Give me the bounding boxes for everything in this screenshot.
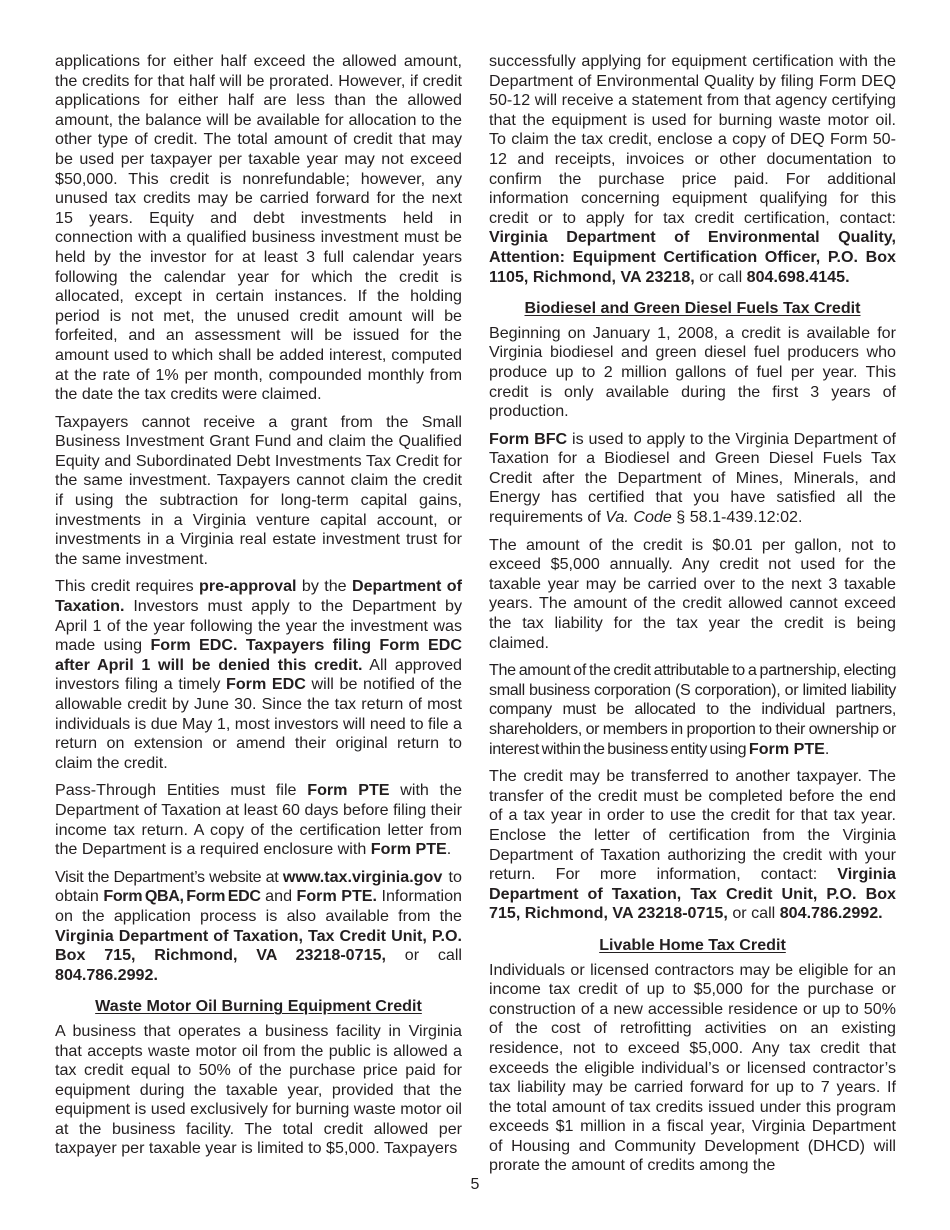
paragraph-credit-transfer: The credit may be transferred to another… <box>489 767 896 924</box>
paragraph-form-bfc: Form BFC is used to apply to the Virgini… <box>489 430 896 528</box>
page-number: 5 <box>0 1176 950 1194</box>
emphasis-form-edc: Form EDC <box>226 675 306 693</box>
emphasis-form-pte: Form PTE <box>749 740 825 758</box>
paragraph-deq-certification: successfully applying for equipment cert… <box>489 52 896 287</box>
paragraph-pass-through-entities: Pass-Through Entities must file Form PTE… <box>55 781 462 859</box>
paragraph-credit-amount: The amount of the credit is $0.01 per ga… <box>489 536 896 654</box>
right-column: successfully applying for equipment cert… <box>489 52 896 1184</box>
paragraph-biodiesel-intro: Beginning on January 1, 2008, a credit i… <box>489 324 896 422</box>
paragraph-waste-motor-oil: A business that operates a business faci… <box>55 1022 462 1159</box>
emphasis-pre-approval: pre-approval <box>199 577 296 595</box>
paragraph-partnership-allocation: The amount of the credit attributable to… <box>489 661 896 759</box>
paragraph-grant-fund-restriction: Taxpayers cannot receive a grant from th… <box>55 413 462 570</box>
paragraph-livable-home: Individuals or licensed contractors may … <box>489 961 896 1177</box>
paragraph-pre-approval: This credit requires pre-approval by the… <box>55 577 462 773</box>
contact-phone: 804.698.4145. <box>747 268 850 286</box>
document-page: applications for either half exceed the … <box>0 0 950 1230</box>
contact-phone: 804.786.2992. <box>780 904 883 922</box>
contact-phone: 804.786.2992. <box>55 966 158 984</box>
emphasis-form-bfc: Form BFC <box>489 430 567 448</box>
left-column: applications for either half exceed the … <box>55 52 462 1167</box>
section-heading-livable-home: Livable Home Tax Credit <box>489 936 896 956</box>
emphasis-form-pte: Form PTE. <box>297 887 378 905</box>
section-heading-waste-motor-oil: Waste Motor Oil Burning Equipment Credit <box>55 997 462 1017</box>
emphasis-form-pte: Form PTE <box>371 840 447 858</box>
paragraph-qualified-equity-continuation: applications for either half exceed the … <box>55 52 462 405</box>
emphasis-va-code: Va. Code <box>605 508 672 526</box>
emphasis-form-pte: Form PTE <box>307 781 389 799</box>
section-heading-biodiesel: Biodiesel and Green Diesel Fuels Tax Cre… <box>489 299 896 319</box>
paragraph-visit-website: Visit the Department’s website at www.ta… <box>55 868 462 986</box>
website-link[interactable]: www.tax.virginia.gov <box>283 868 442 886</box>
emphasis-forms-qba-edc: Form QBA, Form EDC <box>103 887 260 905</box>
